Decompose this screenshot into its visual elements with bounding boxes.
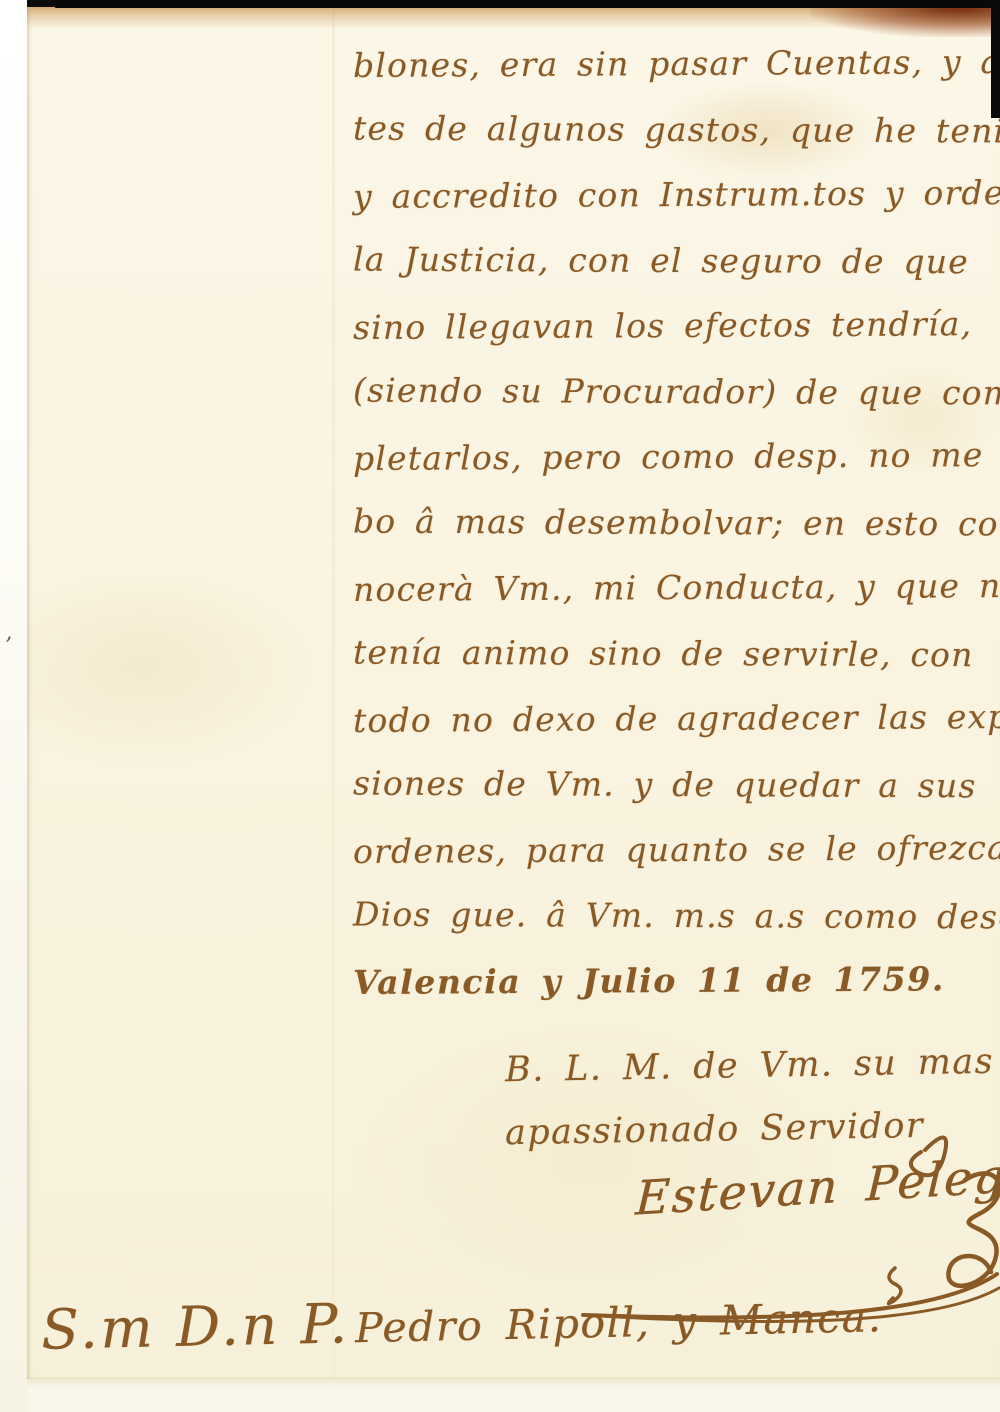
margin-ink-mark: ’ [5,634,12,659]
addressee-salutation: S.m D.n P. [40,1291,350,1361]
letter-line: todo no dexo de agradecer las expre- [353,684,1000,754]
letter-line: la Justicia, con el seguro de que [353,226,1000,294]
scan-edge-right [991,0,1000,118]
fold-crease [332,7,335,1379]
scan-edge-top [55,0,1000,8]
letter-dateline: Valencia y Julio 11 de 1759. [353,946,1000,1016]
letter-line: sino llegavan los efectos tendría, [353,291,1000,361]
letter-line: bo â mas desembolvar; en esto co- [353,488,1000,556]
scanner-background-strip [0,0,27,1412]
letter-line: Dios gue. â Vm. m.s a.s como deseo [353,881,1000,949]
letter-body: blones, era sin pasar Cuentas, y an- tes… [353,31,1000,1014]
letter-line: blones, era sin pasar Cuentas, y an- [353,29,1000,99]
letter-line: tenía animo sino de servirle, con [353,619,1000,687]
letter-line: y accredito con Instrum.tos y orden de [353,160,1000,230]
letter-line: tes de algunos gastos, que he tenido [353,95,1000,163]
manuscript-page: blones, era sin pasar Cuentas, y an- tes… [27,7,1000,1379]
scanned-manuscript-letter: blones, era sin pasar Cuentas, y an- tes… [0,0,1000,1412]
letter-line: ordenes, para quanto se le ofrezca. [353,815,1000,885]
next-sheet-edge [27,1379,1000,1412]
letter-line: pletarlos, pero como desp. no me atre- [353,422,1000,492]
letter-line: (siendo su Procurador) de que com- [353,357,1000,425]
letter-line: nocerà Vm., mi Conducta, y que no [353,553,1000,623]
letter-line: siones de Vm. y de quedar a sus [353,750,1000,818]
closing-line-1: B. L. M. de Vm. su mas [504,1031,994,1103]
signature-flourish [497,1122,1000,1337]
